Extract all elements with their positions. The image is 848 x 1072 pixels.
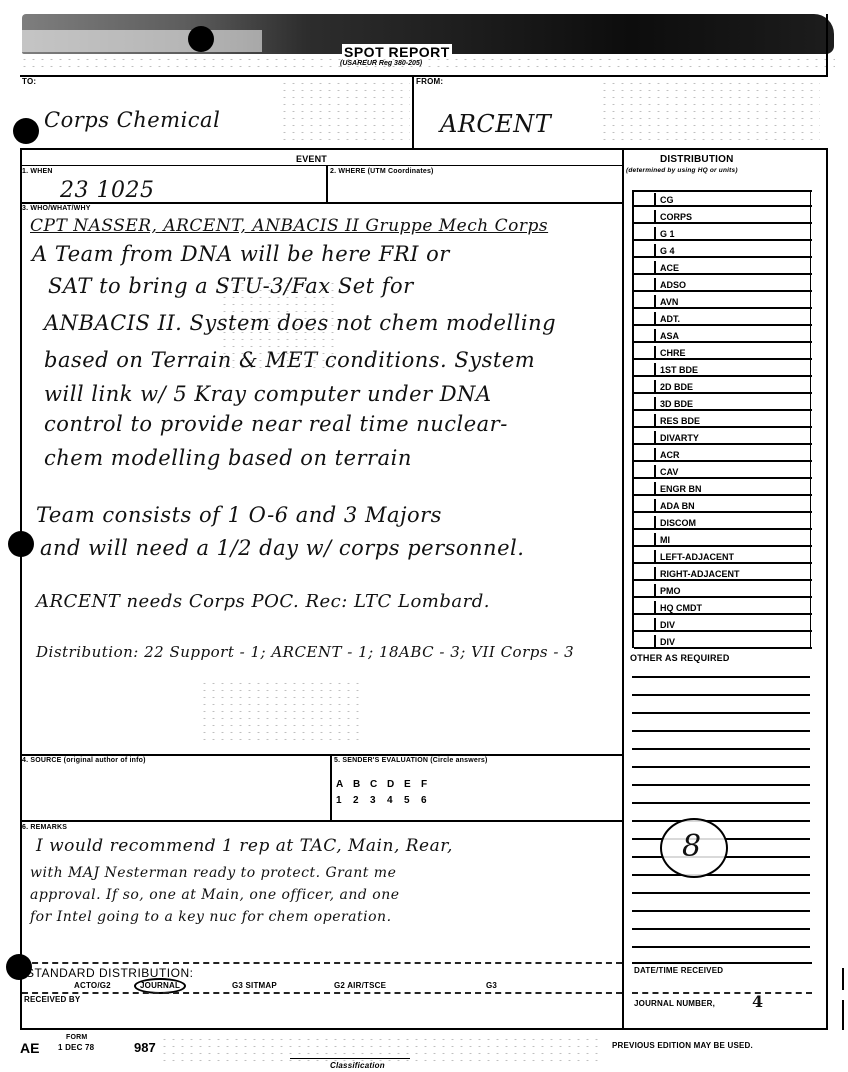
when-label: 1. WHEN <box>22 168 53 175</box>
right-border <box>826 148 828 1030</box>
distribution-title: DISTRIBUTION <box>660 155 734 165</box>
eval-number-6[interactable]: 6 <box>421 795 438 806</box>
source-label: 4. SOURCE (original author of info) <box>22 757 146 764</box>
scan-noise <box>600 80 820 140</box>
eval-letter-b[interactable]: B <box>353 779 370 790</box>
margin-mark <box>842 968 844 990</box>
dist-item[interactable]: 2D BDE <box>634 380 812 393</box>
form-label: FORM <box>66 1034 87 1041</box>
dist-item[interactable]: G 4 <box>634 244 812 257</box>
narrative-line: chem modelling based on terrain <box>44 448 412 469</box>
dist-item[interactable]: AVN <box>634 295 812 308</box>
punch-hole <box>8 531 34 557</box>
rule <box>22 962 622 964</box>
std-dist-acto-g2: ACTO/G2 <box>74 982 111 990</box>
dist-item[interactable]: DISCOM <box>634 516 812 529</box>
dist-item[interactable]: ACR <box>634 448 812 461</box>
rule <box>22 992 622 994</box>
narrative-line: A Team from DNA will be here FRI or <box>32 244 450 265</box>
dist-item[interactable]: ACE <box>634 261 812 274</box>
dist-item[interactable]: DIV <box>634 618 812 631</box>
remarks-line: with MAJ Nesterman ready to protect. Gra… <box>30 866 396 880</box>
previous-edition-note: PREVIOUS EDITION MAY BE USED. <box>612 1042 753 1050</box>
to-value[interactable]: Corps Chemical <box>44 110 220 131</box>
header-smudge-light <box>22 30 262 52</box>
classification-label: Classification <box>330 1062 385 1070</box>
rule <box>20 148 828 150</box>
std-dist-g2-air: G2 AIR/TSCE <box>334 982 386 990</box>
eval-letter-c[interactable]: C <box>370 779 387 790</box>
dist-item[interactable]: CG <box>634 193 812 206</box>
dist-item[interactable]: CHRE <box>634 346 812 359</box>
eval-number-1[interactable]: 1 <box>336 795 353 806</box>
when-value[interactable]: 23 1025 <box>60 180 154 202</box>
narrative-line: ARCENT needs Corps POC. Rec: LTC Lombard… <box>36 593 490 611</box>
rule <box>20 165 622 166</box>
rule <box>330 754 332 820</box>
dist-item[interactable]: ADSO <box>634 278 812 291</box>
dist-item[interactable]: LEFT-ADJACENT <box>634 550 812 563</box>
narrative-line: control to provide near real time nuclea… <box>44 414 508 435</box>
margin-mark <box>842 1000 844 1030</box>
where-label: 2. WHERE (UTM Coordinates) <box>330 168 434 175</box>
who-label: 3. WHO/WHAT/WHY <box>22 205 91 212</box>
to-label: TO: <box>22 78 36 86</box>
dist-item[interactable]: 3D BDE <box>634 397 812 410</box>
dist-item[interactable]: RES BDE <box>634 414 812 427</box>
from-label: FROM: <box>416 78 443 86</box>
remarks-line: approval. If so, one at Main, one office… <box>30 888 400 902</box>
source-field[interactable] <box>22 768 328 816</box>
dist-item[interactable]: HQ CMDT <box>634 601 812 614</box>
rule <box>412 76 414 148</box>
other-as-required-label: OTHER AS REQUIRED <box>630 654 730 663</box>
from-value[interactable]: ARCENT <box>440 112 551 136</box>
journal-number-label: JOURNAL NUMBER, <box>634 1000 715 1008</box>
rule <box>20 202 622 204</box>
rule <box>20 820 622 822</box>
rule <box>826 14 828 76</box>
remarks-line: I would recommend 1 rep at TAC, Main, Re… <box>36 838 453 855</box>
eval-number-2[interactable]: 2 <box>353 795 370 806</box>
dist-item[interactable]: DIV <box>634 635 812 648</box>
punch-hole <box>188 26 214 52</box>
rule <box>632 190 812 192</box>
date-time-received-label: DATE/TIME RECEIVED <box>634 967 723 975</box>
form-date: 1 DEC 78 <box>58 1044 94 1052</box>
dist-item[interactable]: G 1 <box>634 227 812 240</box>
eval-letter-a[interactable]: A <box>336 779 353 790</box>
dist-item[interactable]: RIGHT-ADJACENT <box>634 567 812 580</box>
received-by-field[interactable] <box>100 996 600 1024</box>
punch-hole <box>13 118 39 144</box>
scan-noise <box>280 80 410 140</box>
left-border <box>20 148 22 1030</box>
dist-item[interactable]: CORPS <box>634 210 812 223</box>
dist-item[interactable]: ADA BN <box>634 499 812 512</box>
remarks-line: for Intel going to a key nuc for chem op… <box>30 910 392 924</box>
scan-noise <box>20 56 835 72</box>
scan-noise <box>200 680 360 740</box>
rule <box>632 992 812 994</box>
event-right-border <box>622 148 624 1030</box>
remarks-label: 6. REMARKS <box>22 824 67 831</box>
dist-item[interactable]: ENGR BN <box>634 482 812 495</box>
dist-item[interactable]: MI <box>634 533 812 546</box>
eval-number-5[interactable]: 5 <box>404 795 421 806</box>
journal-number-value[interactable]: 4 <box>752 994 764 1010</box>
eval-letter-e[interactable]: E <box>404 779 421 790</box>
rule <box>326 165 328 203</box>
distribution-subtitle: (determined by using HQ or units) <box>626 168 738 175</box>
dist-item[interactable]: ADT. <box>634 312 812 325</box>
narrative-line: Team consists of 1 O-6 and 3 Majors <box>36 505 442 526</box>
eval-letter-d[interactable]: D <box>387 779 404 790</box>
rule <box>20 754 622 756</box>
std-dist-g3: G3 <box>486 982 497 990</box>
rule <box>20 1028 828 1030</box>
dist-item[interactable]: PMO <box>634 584 812 597</box>
received-by-label: RECEIVED BY <box>24 996 80 1004</box>
evaluation-label: 5. SENDER'S EVALUATION (Circle answers) <box>334 757 488 764</box>
narrative-line: will link w/ 5 Kray computer under DNA <box>44 384 492 405</box>
form-id: AE <box>20 1040 39 1056</box>
dist-item[interactable]: ASA <box>634 329 812 342</box>
narrative-line: CPT NASSER, ARCENT, ANBACIS II Gruppe Me… <box>30 218 548 235</box>
narrative-line: Distribution: 22 Support - 1; ARCENT - 1… <box>36 645 574 660</box>
circled-annotation: 8 <box>660 818 728 878</box>
eval-letter-f[interactable]: F <box>421 779 438 790</box>
narrative-line: and will need a 1/2 day w/ corps personn… <box>40 538 524 559</box>
event-section-label: EVENT <box>296 155 327 164</box>
eval-number-3[interactable]: 3 <box>370 795 387 806</box>
date-time-received-field[interactable] <box>634 978 810 992</box>
dist-item[interactable]: 1ST BDE <box>634 363 812 376</box>
std-dist-g3-sitmap: G3 SITMAP <box>232 982 277 990</box>
dist-item[interactable]: DIVARTY <box>634 431 812 444</box>
circled-number: 8 <box>682 832 702 862</box>
rule <box>290 1058 410 1059</box>
form-number: 987 <box>134 1040 156 1055</box>
evaluation-grid: ABCDEF 123456 <box>336 779 438 806</box>
rule <box>632 962 812 964</box>
eval-number-4[interactable]: 4 <box>387 795 404 806</box>
scan-noise <box>220 280 340 370</box>
dist-item[interactable]: CAV <box>634 465 812 478</box>
